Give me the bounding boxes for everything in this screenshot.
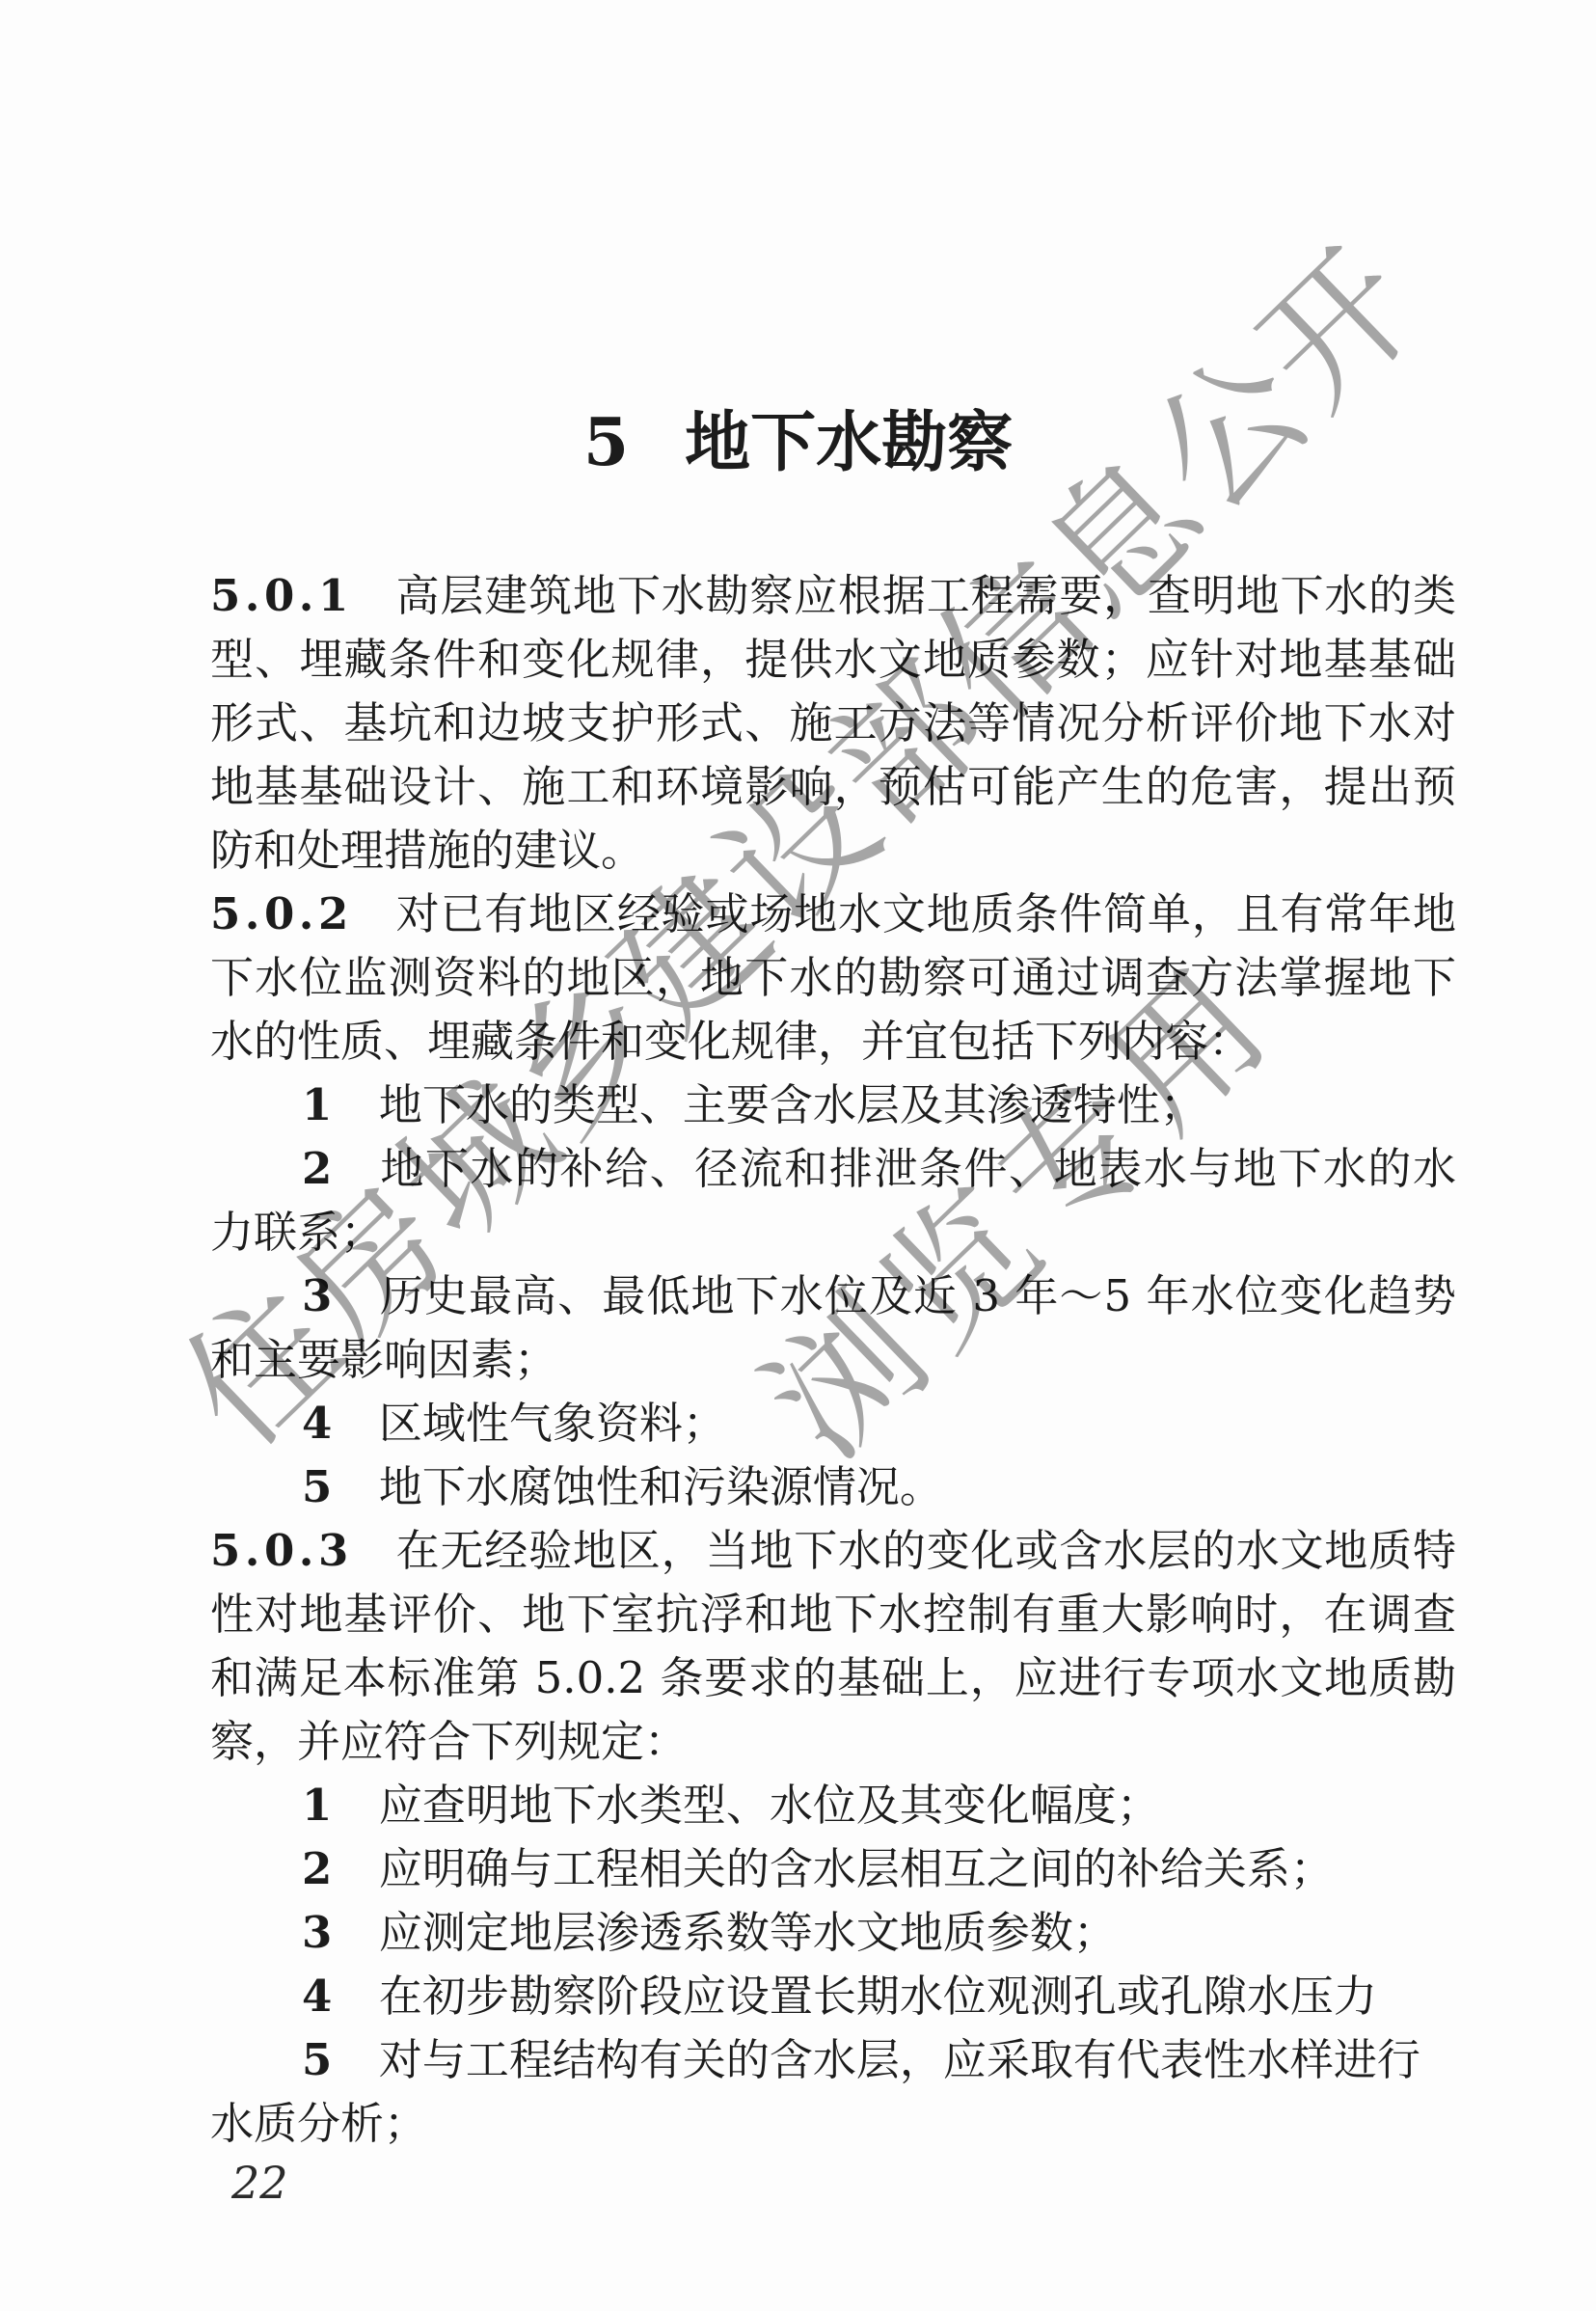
body-line: 1应查明地下水类型、水位及其变化幅度； [210,1774,1456,1837]
line-text: 地基基础设计、施工和环境影响，预估可能产生的危害，提出预 [210,761,1456,812]
page-number: 22 [231,2161,288,2205]
body-line: 性对地基评价、地下室抗浮和地下水控制有重大影响时，在调查 [210,1583,1456,1646]
line-text: 对与工程结构有关的含水层，应采取有代表性水样进行 [379,2034,1420,2085]
body-line: 5对与工程结构有关的含水层，应采取有代表性水样进行 [210,2028,1456,2092]
body-line: 地基基础设计、施工和环境影响，预估可能产生的危害，提出预 [210,755,1456,819]
body-line: 防和处理措施的建议。 [210,819,1456,883]
line-text: 下水位监测资料的地区，地下水的勘察可通过调查方法掌握地下 [210,952,1456,1003]
body-line: 察，并应符合下列规定： [210,1710,1456,1774]
line-text: 水的性质、埋藏条件和变化规律，并宜包括下列内容： [210,1016,1252,1067]
clause-number: 5.0.2 [210,888,353,939]
line-text: 型、埋藏条件和变化规律，提供水文地质参数；应针对地基基础 [210,634,1456,685]
body-line: 2地下水的补给、径流和排泄条件、地表水与地下水的水 [210,1137,1456,1201]
clause-number: 4 [302,1971,337,2022]
line-text: 应查明地下水类型、水位及其变化幅度； [379,1780,1160,1831]
line-text: 水质分析； [210,2098,427,2149]
clause-number: 1 [302,1079,337,1130]
line-text: 对已有地区经验或场地水文地质条件简单，且有常年地 [395,888,1456,939]
body-line: 水的性质、埋藏条件和变化规律，并宜包括下列内容： [210,1010,1456,1074]
body-line: 2应明确与工程相关的含水层相互之间的补给关系； [210,1837,1456,1901]
body-line: 1地下水的类型、主要含水层及其渗透特性； [210,1074,1456,1137]
line-text: 察，并应符合下列规定： [210,1716,688,1767]
body-text: 5.0.1高层建筑地下水勘察应根据工程需要，查明地下水的类型、埋藏条件和变化规律… [210,564,1456,2156]
clause-number: 5 [302,1461,337,1512]
line-text: 高层建筑地下水勘察应根据工程需要，查明地下水的类 [395,570,1456,621]
document-page: 住房城乡建设部信息公开 浏览专用 5地下水勘察 5.0.1高层建筑地下水勘察应根… [0,0,1596,2311]
clause-number: 3 [302,1270,337,1321]
body-line: 3历史最高、最低地下水位及近 3 年～5 年水位变化趋势 [210,1264,1456,1328]
line-text: 和满足本标准第 5.0.2 条要求的基础上，应进行专项水文地质勘 [210,1652,1456,1703]
line-text: 防和处理措施的建议。 [210,825,644,876]
line-text: 区域性气象资料； [379,1398,726,1449]
body-line: 3应测定地层渗透系数等水文地质参数； [210,1901,1456,1965]
line-text: 在无经验地区，当地下水的变化或含水层的水文地质特 [395,1525,1456,1576]
body-line: 5地下水腐蚀性和污染源情况。 [210,1455,1456,1519]
clause-number: 5 [302,2034,337,2085]
line-text: 和主要影响因素； [210,1334,557,1385]
line-text: 形式、基坑和边坡支护形式、施工方法等情况分析评价地下水对 [210,697,1456,748]
clause-number: 4 [302,1398,337,1449]
clause-number: 3 [302,1907,337,1958]
line-text: 性对地基评价、地下室抗浮和地下水控制有重大影响时，在调查 [210,1589,1456,1640]
chapter-title: 5地下水勘察 [0,405,1596,480]
body-line: 水质分析； [210,2092,1456,2156]
line-text: 地下水腐蚀性和污染源情况。 [379,1461,943,1512]
clause-number: 2 [302,1143,337,1194]
body-line: 4在初步勘察阶段应设置长期水位观测孔或孔隙水压力计； [210,1965,1456,2028]
body-line: 下水位监测资料的地区，地下水的勘察可通过调查方法掌握地下 [210,946,1456,1010]
body-line: 5.0.3在无经验地区，当地下水的变化或含水层的水文地质特 [210,1519,1456,1583]
body-line: 和满足本标准第 5.0.2 条要求的基础上，应进行专项水文地质勘 [210,1646,1456,1710]
body-line: 5.0.1高层建筑地下水勘察应根据工程需要，查明地下水的类 [210,564,1456,628]
line-text: 历史最高、最低地下水位及近 3 年～5 年水位变化趋势 [379,1270,1456,1321]
clause-number: 1 [302,1780,337,1831]
clause-number: 2 [302,1843,337,1894]
line-text: 在初步勘察阶段应设置长期水位观测孔或孔隙水压力计； [302,1971,1377,2028]
body-line: 力联系； [210,1201,1456,1264]
line-text: 应明确与工程相关的含水层相互之间的补给关系； [379,1843,1334,1894]
body-line: 型、埋藏条件和变化规律，提供水文地质参数；应针对地基基础 [210,628,1456,692]
body-line: 形式、基坑和边坡支护形式、施工方法等情况分析评价地下水对 [210,692,1456,755]
body-line: 5.0.2对已有地区经验或场地水文地质条件简单，且有常年地 [210,883,1456,946]
chapter-name: 地下水勘察 [685,404,1013,481]
body-line: 和主要影响因素； [210,1328,1456,1392]
line-text: 力联系； [210,1207,384,1258]
body-line: 4区域性气象资料； [210,1392,1456,1455]
chapter-number: 5 [583,404,629,481]
line-text: 地下水的类型、主要含水层及其渗透特性； [379,1079,1204,1130]
line-text: 应测定地层渗透系数等水文地质参数； [379,1907,1117,1958]
clause-number: 5.0.3 [210,1525,353,1576]
clause-number: 5.0.1 [210,570,353,621]
line-text: 地下水的补给、径流和排泄条件、地表水与地下水的水 [379,1143,1456,1194]
